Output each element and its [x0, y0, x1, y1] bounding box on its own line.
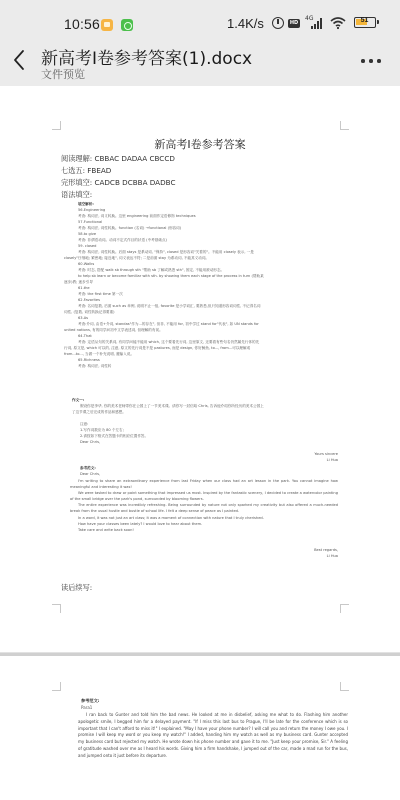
continuation-heading: 读后续写: — [61, 583, 92, 593]
grammar-line: 考查: 构词法, 词性转换。后面 stays 是系动词, "保持", close… — [78, 250, 254, 256]
page-corner-mark — [340, 121, 349, 130]
model-essay-paragraph: The entire experience was incredibly ref… — [70, 502, 338, 514]
status-time: 10:56 — [64, 16, 100, 32]
grammar-line: 58.to give — [78, 232, 96, 238]
grammar-line: from...to..., 当做一个补充说明, 避输入说。 — [64, 352, 134, 358]
document-page-2: 参考范文: Para1 I ran back to Gunter and tol… — [0, 656, 400, 800]
grammar-line: closely"仔细地; 紧密地; 接近地", 词义表达不符; 二是前面 sta… — [64, 256, 209, 262]
grammar-heading: 填空解析: — [78, 202, 94, 208]
page-corner-mark — [340, 604, 349, 613]
answer-grammar: 语法填空: — [61, 190, 92, 200]
grammar-line: 64.That — [78, 334, 92, 340]
grammar-line: 考查: 定语从句的关系词, 有同学问能不能用 which, 这个要看先行词, 这… — [78, 340, 259, 346]
hd-icon: HD — [288, 19, 300, 28]
para-label: Para1 — [81, 705, 92, 711]
file-subtitle: 文件预览 — [41, 66, 85, 82]
grammar-line: 考查: 构词法, 词义转换。这里 engineering 前面作定语修饰 tec… — [78, 214, 196, 220]
network-type: 4G — [305, 15, 313, 22]
grammar-line: 65.Richness — [78, 358, 100, 364]
grammar-line: 考查: 构词法, 词性转 — [78, 364, 111, 370]
grammar-line: to help sb learn or become familiar with… — [78, 274, 264, 280]
more-horizontal-icon — [361, 59, 365, 63]
writing-closing: Yours sincere — [200, 452, 338, 458]
model-essay-signature: Li Hua — [200, 554, 338, 560]
model-essay-paragraph: Take care and write back soon! — [70, 527, 338, 533]
status-bar: 10:56 1.4K/s HD 4G 51 — [0, 0, 400, 40]
app-header: 10:56 1.4K/s HD 4G 51 — [0, 0, 400, 86]
writing-prompt-line: 了这节课之后完成的作品和感想。 — [72, 410, 126, 416]
answer-cloze: 完形填空: CADCB DCBBA DADBC — [61, 178, 175, 188]
model-essay-closing: Best regards, — [200, 548, 338, 554]
wechat-icon — [121, 19, 133, 31]
network-speed: 1.4K/s — [227, 16, 264, 31]
writing-salutation: Dear Chris, — [80, 440, 100, 446]
alarm-icon — [272, 17, 284, 29]
answer-seven-choose-five: 七选五: FBEAD — [61, 166, 111, 176]
model-essay-heading: 参考范文: — [80, 466, 96, 472]
grammar-line: 57.Functional — [78, 220, 102, 226]
model-essay-heading: 参考范文: — [81, 698, 99, 704]
phone-screen: 10:56 1.4K/s HD 4G 51 — [0, 0, 400, 800]
writing-note: 2.请按如下格式在答题卡的相应位置作答。 — [80, 434, 148, 440]
writing-notes-heading: 注意: — [80, 422, 88, 428]
grammar-line: 63.As — [78, 316, 88, 322]
grammar-line: 考查: 时态, 搭配 walk sb through sth "帮助 sb 了解… — [78, 268, 224, 274]
grammar-line: 61.the — [78, 286, 90, 292]
page-corner-mark — [340, 682, 349, 691]
grammar-line: 考查: 非谓语动词。动词不定式作目的状语 (中考基础点) — [78, 238, 167, 244]
writing-note: 1.写作词数应为 80 个左右; — [80, 428, 124, 434]
document-page-1: 新高考I卷参考答案 阅读理解: CBBAC DADAA CBCCD 七选五: F… — [0, 86, 400, 652]
grammar-line: 56.Engineering — [78, 208, 105, 214]
model-essay-paragraph: I'm writing to share an extraordinary ex… — [70, 478, 338, 490]
grammar-line: 考查: the first time 第一次 — [78, 292, 123, 298]
writing-signature: Li Hua — [200, 458, 338, 464]
page-corner-mark — [52, 121, 61, 130]
model-essay-paragraph: We were tasked to draw or paint somethin… — [70, 490, 338, 502]
grammar-line: 59. closed — [78, 244, 96, 250]
document-title: 新高考I卷参考答案 — [0, 136, 400, 152]
page-corner-mark — [52, 682, 61, 691]
more-options-button[interactable] — [361, 58, 383, 64]
battery-icon: 51 — [354, 17, 376, 28]
page-corner-mark — [52, 604, 61, 613]
back-button[interactable] — [12, 49, 26, 71]
model-essay-body: I'm writing to share an extraordinary ex… — [70, 478, 338, 533]
writing-heading: 作文一: — [72, 398, 84, 404]
grammar-line: 考查: 名词复数, 后面 such as 举例, 说明不止一组, favorit… — [78, 304, 260, 310]
grammar-line: 考查: 构词法, 词性转换。function (名词) →functional … — [78, 226, 181, 232]
grammar-line: 行词, 原文是, which 可以的, 注意, 原文的先行词是不是 pastur… — [64, 346, 250, 352]
grammar-line: 词性, (复数, 词性转换记得要重) — [64, 310, 115, 316]
document-viewer[interactable]: 新高考I卷参考答案 阅读理解: CBBAC DADAA CBCCD 七选五: F… — [0, 86, 400, 800]
grammar-line: 60.Walks — [78, 262, 94, 268]
wifi-icon — [330, 16, 346, 30]
grammar-line: 逐步)教; 逐步引导 — [64, 280, 93, 286]
continuation-paragraph: I ran back to Gunter and told him the ba… — [78, 712, 348, 760]
writing-prompt-line: 假设你是李华, 你的美术老师带你在公园上了一节美术课。请你写一封信给 Chris… — [80, 404, 264, 410]
model-essay-salutation: Dear Chris, — [80, 472, 100, 478]
battery-level: 51 — [355, 17, 374, 24]
answer-reading: 阅读理解: CBBAC DADAA CBCCD — [61, 154, 175, 164]
notification-app-icon — [101, 19, 113, 31]
grammar-line: united nations, 有的同学问初中文学表述词, 但理解的有误。 — [64, 328, 163, 334]
grammar-line: 62.Favorites — [78, 298, 100, 304]
grammar-line: 考查:介词, 由语+介词, standas"作为...的存在", 但非, 不能用… — [78, 322, 259, 328]
signal-4g-icon: 4G — [305, 15, 325, 31]
